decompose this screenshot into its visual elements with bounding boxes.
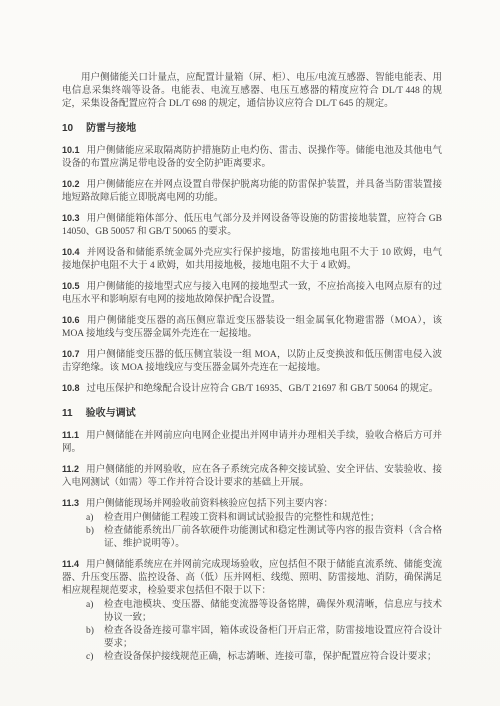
clause-10-7: 10.7用户侧储能变压器的低压侧宜装设一组 MOA，以防止反变换波和低压侧雷电侵… [62,348,442,375]
document-page: 用户侧储能关口计量点，应配置计量箱（屏、柜）、电压/电流互感器、智能电能表、用电… [0,0,500,706]
list-item-text: 检查储能系统出厂前各软硬件功能测试和稳定性测试等内容的报告资料（含合格证、维护说… [104,525,442,551]
clause-number: 10.1 [62,145,80,155]
clause-11-2: 11.2用户侧储能的并网验收，应在各子系统完成各种交接试验、安全评估、安装验收、… [62,463,442,490]
clause-number: 10.5 [62,281,80,291]
clause-10-8: 10.8过电压保护和绝缘配合设计应符合 GB/T 16935、GB/T 2169… [62,382,442,396]
list-marker: b) [86,525,104,551]
list-marker: b) [86,625,104,651]
section-title: 防雷与接地 [86,122,136,135]
clause-number: 10.6 [62,315,80,325]
section-heading-11: 11 验收与调试 [62,407,442,420]
clause-text: 用户侧储能箱体部分、低压电气部分及并网设备等设施的防雷接地装置，应符合 GB 1… [62,214,442,237]
clause-text: 用户侧储能在并网前应向电网企业提出并网申请并办理相关手续，验收合格后方可并网。 [62,431,442,454]
clause-number: 10.3 [62,213,80,223]
clause-11-3: 11.3用户侧储能现场并网验收前资料核验应包括下列主要内容： [62,497,442,511]
clause-text: 用户侧储能应在并网点设置自带保护脱离功能的防雷保护装置，并具备当防雷装置接地短路… [62,180,442,203]
clause-10-5: 10.5用户侧储能的接地型式应与接入电网的接地型式一致，不应抬高接入电网点原有的… [62,280,442,307]
checklist-11-3: a) 检查用户侧储能工程竣工资料和调试试验报告的完整性和规范性； b) 检查储能… [62,512,442,551]
list-marker: a) [86,599,104,625]
page-number: 7 [0,652,500,662]
clause-number: 11.3 [62,498,79,508]
clause-10-6: 10.6用户侧储能变压器的高压侧应靠近变压器装设一组金属氧化物避雷器（MOA），… [62,314,442,341]
clause-text: 过电压保护和绝缘配合设计应符合 GB/T 16935、GB/T 21697 和 … [87,384,439,394]
clause-number: 11.2 [62,464,79,474]
clause-number: 11.1 [62,430,79,440]
clause-text: 用户侧储能变压器的高压侧应靠近变压器装设一组金属氧化物避雷器（MOA），该 MO… [62,316,442,339]
clause-10-2: 10.2用户侧储能应在并网点设置自带保护脱离功能的防雷保护装置，并具备当防雷装置… [62,178,442,205]
clause-text: 用户侧储能变压器的低压侧宜装设一组 MOA，以防止反变换波和低压侧雷电侵入波击穿… [62,350,442,373]
list-item: a) 检查用户侧储能工程竣工资料和调试试验报告的完整性和规范性； [62,512,442,525]
clause-11-4: 11.4用户侧储能系统应在并网前完成现场验收，应包括但不限于储能直流系统、储能变… [62,558,442,598]
paragraph-metering: 用户侧储能关口计量点，应配置计量箱（屏、柜）、电压/电流互感器、智能电能表、用电… [62,72,442,111]
clause-text: 用户侧储能应采取隔离防护措施防止电灼伤、雷击、误操作等。储能电池及其他电气设备的… [62,146,442,169]
section-number: 11 [62,407,73,420]
clause-text: 用户侧储能的并网验收，应在各子系统完成各种交接试验、安全评估、安装验收、接入电网… [62,465,442,488]
section-title: 验收与调试 [86,407,136,420]
clause-11-1: 11.1用户侧储能在并网前应向电网企业提出并网申请并办理相关手续，验收合格后方可… [62,429,442,456]
clause-number: 11.4 [62,559,79,569]
list-item-text: 检查电池模块、变压器、储能变流器等设备铭牌，确保外观清晰，信息应与技术协议一致； [104,599,442,625]
list-item-text: 检查各设备连接可靠牢固，箱体或设备柜门开启正常，防雷接地设置应符合设计要求； [104,625,442,651]
clause-number: 10.2 [62,179,80,189]
clause-number: 10.7 [62,349,80,359]
clause-text: 用户侧储能现场并网验收前资料核验应包括下列主要内容： [86,499,333,509]
clause-text: 用户侧储能系统应在并网前完成现场验收，应包括但不限于储能直流系统、储能变流器、升… [62,560,442,596]
clause-text: 用户侧储能的接地型式应与接入电网的接地型式一致，不应抬高接入电网点原有的过电压水… [62,282,442,305]
section-number: 10 [62,122,73,135]
list-marker: a) [86,512,104,525]
section-heading-10: 10 防雷与接地 [62,122,442,135]
clause-number: 10.8 [62,383,80,393]
clause-text: 并网设备和储能系统金属外壳应实行保护接地，防雷接地电阻不大于 10 欧姆，电气接… [62,248,442,271]
clause-10-3: 10.3用户侧储能箱体部分、低压电气部分及并网设备等设施的防雷接地装置，应符合 … [62,212,442,239]
list-item-text: 检查用户侧储能工程竣工资料和调试试验报告的完整性和规范性； [104,512,442,525]
clause-number: 10.4 [62,247,80,257]
list-item: b) 检查各设备连接可靠牢固，箱体或设备柜门开启正常，防雷接地设置应符合设计要求… [62,625,442,651]
list-item: a) 检查电池模块、变压器、储能变流器等设备铭牌，确保外观清晰，信息应与技术协议… [62,599,442,625]
list-item: b) 检查储能系统出厂前各软硬件功能测试和稳定性测试等内容的报告资料（含合格证、… [62,525,442,551]
clause-10-4: 10.4并网设备和储能系统金属外壳应实行保护接地，防雷接地电阻不大于 10 欧姆… [62,246,442,273]
clause-10-1: 10.1用户侧储能应采取隔离防护措施防止电灼伤、雷击、误操作等。储能电池及其他电… [62,144,442,171]
